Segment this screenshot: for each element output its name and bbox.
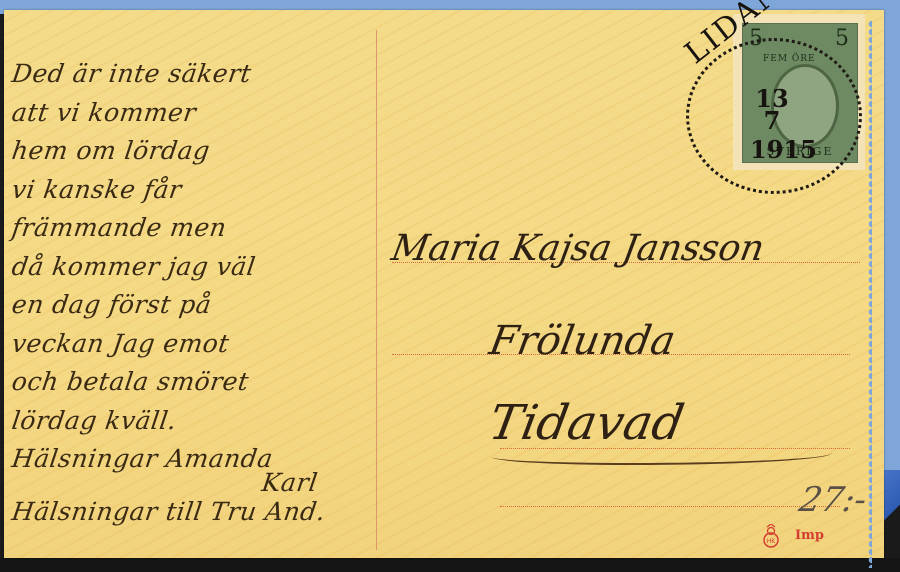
recipient-name: Maria Kajsa Jansson [388, 228, 767, 269]
message-line: och betala smöret [9, 363, 384, 402]
message-line: en dag först på [9, 286, 384, 325]
message-line: lördag kväll. [9, 402, 384, 441]
message-line: främmande men [9, 209, 384, 248]
recipient-parish: Tidavad [485, 395, 688, 451]
printer-logo-icon: HK [762, 524, 780, 550]
message-line: att vi kommer [9, 94, 384, 133]
postmark-year: 1915 [750, 135, 817, 164]
printer-mark: Imp [795, 528, 824, 543]
message-line: Ded är inte säkert [9, 55, 384, 94]
message-line: Hälsningar till Tru And. [9, 493, 384, 532]
price-note: 27:- [796, 480, 871, 520]
address-dotted-line [500, 506, 840, 507]
stamp-value-right: 5 [835, 26, 849, 51]
postmark-month: 7 [764, 106, 781, 135]
handwritten-message: Ded är inte säkert att vi kommer hem om … [12, 55, 382, 531]
message-signature: Karl [11, 473, 384, 493]
recipient-town: Frölunda [486, 318, 679, 364]
message-line: då kommer jag väl [9, 248, 384, 287]
message-line: vi kanske får [9, 171, 384, 210]
message-line: veckan Jag emot [9, 325, 384, 364]
background-dark-bottom [0, 558, 900, 572]
svg-text:HK: HK [767, 538, 777, 545]
message-line: hem om lördag [9, 132, 384, 171]
postmark-date: 13 7 [742, 88, 802, 132]
